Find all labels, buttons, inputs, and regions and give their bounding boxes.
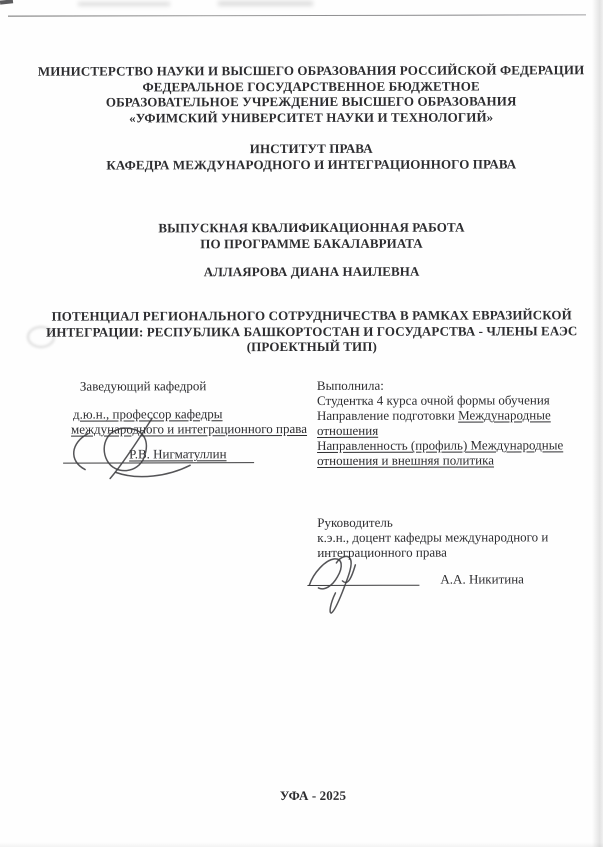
work-type-block: ВЫПУСКНАЯ КВАЛИФИКАЦИОННАЯ РАБОТА ПО ПРО…	[21, 219, 601, 252]
direction-line: Направление подготовки Международные	[317, 407, 551, 423]
direction-label: Направление подготовки	[317, 408, 455, 423]
head-of-department-role: Заведующий кафедрой	[80, 378, 206, 393]
page-edge-shadow	[0, 842, 603, 847]
ministry-header: МИНИСТЕРСТВО НАУКИ И ВЫСШЕГО ОБРАЗОВАНИЯ…	[21, 62, 601, 126]
header-line: МИНИСТЕРСТВО НАУКИ И ВЫСШЕГО ОБРАЗОВАНИЯ…	[21, 62, 601, 79]
institute-name: ИНСТИТУТ ПРАВА	[21, 140, 601, 157]
scanned-title-page: МИНИСТЕРСТВО НАУКИ И ВЫСШЕГО ОБРАЗОВАНИЯ…	[0, 0, 603, 847]
institute-block: ИНСТИТУТ ПРАВА КАФЕДРА МЕЖДУНАРОДНОГО И …	[21, 140, 601, 173]
author-name: АЛЛАЯРОВА ДИАНА НАИЛЕВНА	[22, 263, 602, 280]
completed-by-label: Выполнила:	[317, 378, 384, 393]
supervisor-credentials: к.э.н., доцент кафедры международного и	[317, 529, 548, 545]
thesis-title-line: ИНТЕГРАЦИИ: РЕСПУБЛИКА БАШКОРТОСТАН И ГО…	[22, 323, 602, 340]
work-type-line: ПО ПРОГРАММЕ БАКАЛАВРИАТА	[22, 235, 602, 252]
page-edge-shadow	[592, 0, 603, 847]
direction-value: Международные	[458, 407, 551, 422]
student-description: Студентка 4 курса очной формы обучения	[317, 392, 550, 408]
direction-value-continued: отношения	[317, 423, 378, 438]
profile-line: Направленность (профиль) Международные	[317, 437, 563, 453]
header-line: ОБРАЗОВАТЕЛЬНОЕ УЧРЕЖДЕНИЕ ВЫСШЕГО ОБРАЗ…	[21, 93, 601, 110]
thesis-title-line: ПОТЕНЦИАЛ РЕГИОНАЛЬНОГО СОТРУДНИЧЕСТВА В…	[22, 307, 602, 324]
city-year: УФА - 2025	[23, 787, 603, 804]
supervisor-signatory-name: А.А. Никитина	[440, 571, 524, 586]
work-type-line: ВЫПУСКНАЯ КВАЛИФИКАЦИОННАЯ РАБОТА	[21, 219, 601, 236]
header-line: ФЕДЕРАЛЬНОЕ ГОСУДАРСТВЕННОЕ БЮДЖЕТНОЕ	[21, 78, 601, 95]
profile-line-continued: отношения и внешняя политика	[317, 452, 494, 467]
head-of-department-signature	[58, 416, 193, 484]
thesis-title: ПОТЕНЦИАЛ РЕГИОНАЛЬНОГО СОТРУДНИЧЕСТВА В…	[22, 307, 602, 355]
header-line: «УФИМСКИЙ УНИВЕРСИТЕТ НАУКИ И ТЕХНОЛОГИЙ…	[21, 109, 601, 126]
supervisor-role: Руководитель	[317, 515, 393, 530]
department-name: КАФЕДРА МЕЖДУНАРОДНОГО И ИНТЕГРАЦИОННОГО…	[21, 156, 601, 173]
supervisor-signature	[303, 553, 381, 615]
thesis-title-line: (ПРОЕКТНЫЙ ТИП)	[22, 338, 602, 355]
